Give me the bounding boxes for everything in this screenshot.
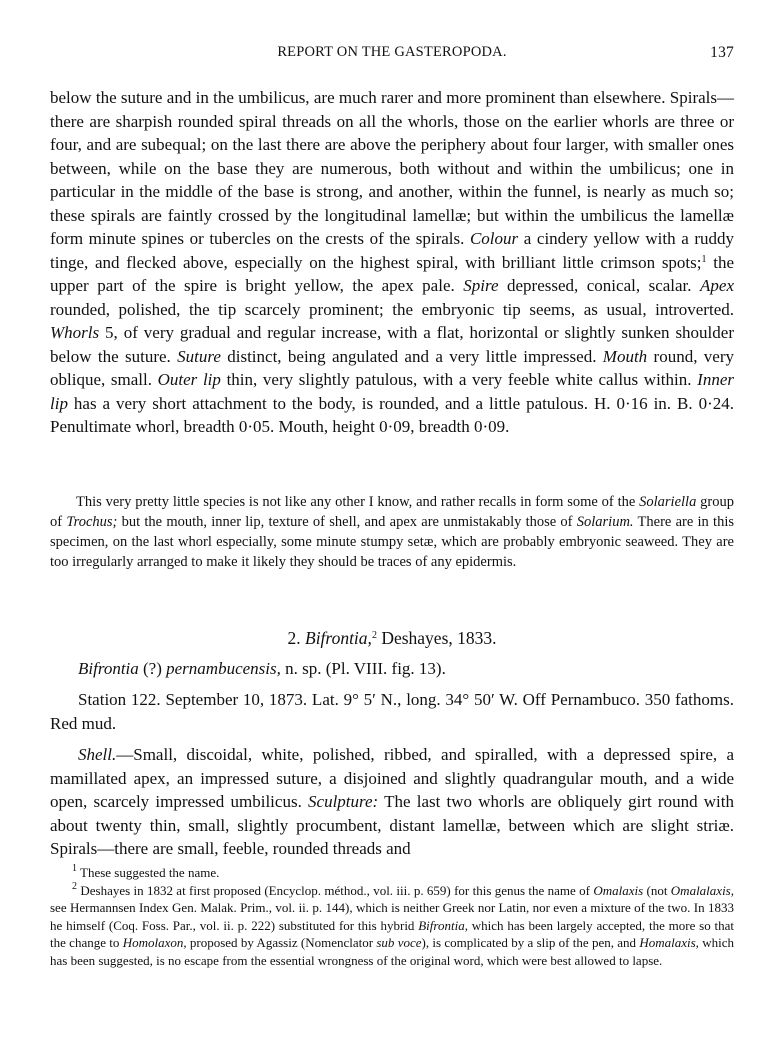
description-text: below the suture and in the umbilicus, a… bbox=[50, 88, 734, 248]
apex-label: Apex bbox=[700, 276, 734, 295]
shell-label: Shell. bbox=[78, 745, 116, 764]
taxon-trochus: Trochus; bbox=[66, 514, 117, 530]
description-text: rounded, polished, the tip scarcely prom… bbox=[50, 300, 734, 319]
station-info: Station 122. September 10, 1873. Lat. 9°… bbox=[50, 688, 734, 735]
outer-lip-label: Outer lip bbox=[158, 370, 221, 389]
species-epithet: pernambucensis, bbox=[166, 659, 281, 678]
description-text: distinct, being angulated and a very lit… bbox=[221, 347, 603, 366]
running-title: REPORT ON THE GASTEROPODA. bbox=[50, 44, 734, 61]
taxon-omalalaxis: Omalalaxis, bbox=[671, 883, 734, 898]
taxon-omalaxis: Omalaxis bbox=[593, 883, 643, 898]
spire-label: Spire bbox=[463, 276, 498, 295]
remarks-text: This very pretty little species is not l… bbox=[50, 492, 734, 572]
remarks-fragment: This very pretty little species is not l… bbox=[76, 494, 639, 510]
description-paragraph: below the suture and in the umbilicus, a… bbox=[50, 86, 734, 439]
taxon-solarium: Solarium. bbox=[577, 514, 634, 530]
footnote-text: (not bbox=[643, 883, 671, 898]
taxon-solariella: Solariella bbox=[639, 494, 696, 510]
taxon-bifrontia: Bifrontia, bbox=[418, 918, 468, 933]
description-text: thin, very slightly patulous, with a ver… bbox=[221, 370, 697, 389]
footnote-text: proposed by Agassiz (Nomenclator bbox=[187, 935, 377, 950]
footnote-text: Deshayes in 1832 at first proposed (Ency… bbox=[77, 883, 593, 898]
footnotes: 1 These suggested the name. 2 Deshayes i… bbox=[50, 864, 734, 969]
footnote-text: ), is complicated by a slip of the pen, … bbox=[422, 935, 640, 950]
species-title: Bifrontia (?) pernambucensis, n. sp. (Pl… bbox=[50, 657, 734, 681]
section-heading: 2. Bifrontia,2 Deshayes, 1833. bbox=[50, 628, 734, 649]
description-text: has a very short attachment to the body,… bbox=[50, 394, 734, 437]
footnote-2: 2 Deshayes in 1832 at first proposed (En… bbox=[50, 882, 734, 970]
species-plate-ref: n. sp. (Pl. VIII. fig. 13). bbox=[281, 659, 446, 678]
sculpture-label: Sculpture: bbox=[308, 792, 378, 811]
taxon-homolaxon: Homolaxon, bbox=[123, 935, 187, 950]
page-number: 137 bbox=[710, 44, 734, 62]
suture-label: Suture bbox=[177, 347, 221, 366]
running-header: REPORT ON THE GASTEROPODA. 137 bbox=[50, 44, 734, 66]
shell-description: Shell.—Small, discoidal, white, polished… bbox=[50, 743, 734, 861]
colour-label: Colour bbox=[470, 229, 518, 248]
species-genus: Bifrontia bbox=[78, 659, 139, 678]
remarks-paragraph: This very pretty little species is not l… bbox=[50, 492, 734, 572]
sub-voce: sub voce bbox=[376, 935, 421, 950]
footnote-text: These suggested the name. bbox=[77, 865, 219, 880]
section-number: 2. bbox=[288, 628, 306, 648]
section-genus: Bifrontia, bbox=[305, 628, 372, 648]
section-author: Deshayes, 1833. bbox=[377, 628, 497, 648]
footnote-1: 1 These suggested the name. bbox=[50, 864, 734, 882]
mouth-label: Mouth bbox=[603, 347, 647, 366]
species-query: (?) bbox=[139, 659, 166, 678]
taxon-homalaxis: Homalaxis, bbox=[639, 935, 699, 950]
whorls-label: Whorls bbox=[50, 323, 99, 342]
species-description-continued: below the suture and in the umbilicus, a… bbox=[50, 86, 734, 439]
remarks-fragment: but the mouth, inner lip, texture of she… bbox=[117, 514, 576, 530]
description-text: depressed, conical, scalar. bbox=[499, 276, 701, 295]
